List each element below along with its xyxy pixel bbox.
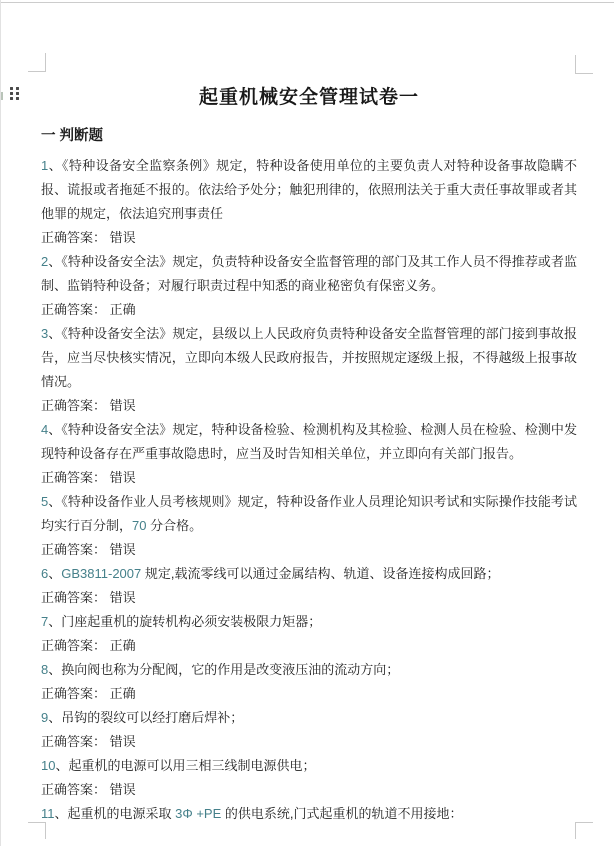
- question-segment: 、《特种设备作业人员考核规则》规定，特种设备作业人员理论知识考试和实际操作技能考…: [41, 494, 577, 533]
- answer-text-10[interactable]: 正确答案： 错误: [41, 778, 577, 802]
- margin-mark-top-right: [575, 55, 593, 74]
- question-segment: 、起重机的电源采取: [55, 806, 176, 821]
- answer-text-2[interactable]: 正确答案： 正确: [41, 298, 577, 322]
- question-number-or-code: 11: [41, 806, 55, 821]
- question-text-7[interactable]: 7、门座起重机的旋转机构必须安装极限力矩器；: [41, 610, 577, 634]
- question-text-10[interactable]: 10、起重机的电源可以用三相三线制电源供电；: [41, 754, 577, 778]
- question-text-11[interactable]: 11、起重机的电源采取 3Φ +PE 的供电系统,门式起重机的轨道不用接地：: [41, 802, 577, 826]
- question-segment: 分合格。: [146, 518, 202, 533]
- question-number-or-code: GB3811-2007: [61, 566, 141, 581]
- questions-list: 1、《特种设备安全监察条例》规定，特种设备使用单位的主要负责人对特种设备事故隐瞒…: [41, 154, 577, 826]
- answer-text-3[interactable]: 正确答案： 错误: [41, 394, 577, 418]
- answer-text-9[interactable]: 正确答案： 错误: [41, 730, 577, 754]
- question-text-2[interactable]: 2、《特种设备安全法》规定，负责特种设备安全监督管理的部门及其工作人员不得推荐或…: [41, 250, 577, 298]
- question-text-8[interactable]: 8、换向阀也称为分配阀，它的作用是改变液压油的流动方向；: [41, 658, 577, 682]
- question-text-1[interactable]: 1、《特种设备安全监察条例》规定，特种设备使用单位的主要负责人对特种设备事故隐瞒…: [41, 154, 577, 226]
- answer-text-7[interactable]: 正确答案： 正确: [41, 634, 577, 658]
- document-title[interactable]: 起重机械安全管理试卷一: [41, 0, 577, 111]
- question-text-9[interactable]: 9、吊钩的裂纹可以经打磨后焊补；: [41, 706, 577, 730]
- question-segment: 、《特种设备安全法》规定，负责特种设备安全监督管理的部门及其工作人员不得推荐或者…: [41, 254, 577, 293]
- answer-text-6[interactable]: 正确答案： 错误: [41, 586, 577, 610]
- question-segment: 、《特种设备安全法》规定，县级以上人民政府负责特种设备安全监督管理的部门接到事故…: [41, 326, 577, 389]
- question-segment: 、门座起重机的旋转机构必须安装极限力矩器；: [48, 614, 321, 629]
- question-number-or-code: 70: [132, 518, 146, 533]
- section-heading[interactable]: 一 判断题: [41, 126, 577, 146]
- question-segment: 、起重机的电源可以用三相三线制电源供电；: [55, 758, 315, 773]
- question-segment: 、: [48, 566, 61, 581]
- answer-text-1[interactable]: 正确答案： 错误: [41, 226, 577, 250]
- question-number-or-code: 3Φ +PE: [175, 806, 221, 821]
- document-content: 起重机械安全管理试卷一 一 判断题 1、《特种设备安全监察条例》规定，特种设备使…: [41, 0, 577, 826]
- question-text-4[interactable]: 4、《特种设备安全法》规定，特种设备检验、检测机构及其检验、检测人员在检验、检测…: [41, 418, 577, 466]
- left-edge-tick: [1, 92, 3, 100]
- question-text-6[interactable]: 6、GB3811-2007 规定,载流零线可以通过金属结构、轨道、设备连接构成回…: [41, 562, 577, 586]
- question-segment: 规定,载流零线可以通过金属结构、轨道、设备连接构成回路；: [141, 566, 499, 581]
- question-segment: 、吊钩的裂纹可以经打磨后焊补；: [48, 710, 243, 725]
- question-segment: 的供电系统,门式起重机的轨道不用接地：: [221, 806, 462, 821]
- answer-text-4[interactable]: 正确答案： 错误: [41, 466, 577, 490]
- document-page: 起重机械安全管理试卷一 一 判断题 1、《特种设备安全监察条例》规定，特种设备使…: [0, 0, 614, 846]
- question-text-5[interactable]: 5、《特种设备作业人员考核规则》规定，特种设备作业人员理论知识考试和实际操作技能…: [41, 490, 577, 538]
- question-segment: 、《特种设备安全法》规定，特种设备检验、检测机构及其检验、检测人员在检验、检测中…: [41, 422, 577, 461]
- question-number-or-code: 10: [41, 758, 55, 773]
- margin-mark-bottom-right: [575, 822, 593, 839]
- question-text-3[interactable]: 3、《特种设备安全法》规定，县级以上人民政府负责特种设备安全监督管理的部门接到事…: [41, 322, 577, 394]
- answer-text-5[interactable]: 正确答案： 错误: [41, 538, 577, 562]
- question-segment: 、《特种设备安全监察条例》规定，特种设备使用单位的主要负责人对特种设备事故隐瞒不…: [41, 158, 577, 221]
- answer-text-8[interactable]: 正确答案： 正确: [41, 682, 577, 706]
- question-segment: 、换向阀也称为分配阀，它的作用是改变液压油的流动方向；: [48, 662, 399, 677]
- drag-handle-icon[interactable]: [10, 87, 20, 101]
